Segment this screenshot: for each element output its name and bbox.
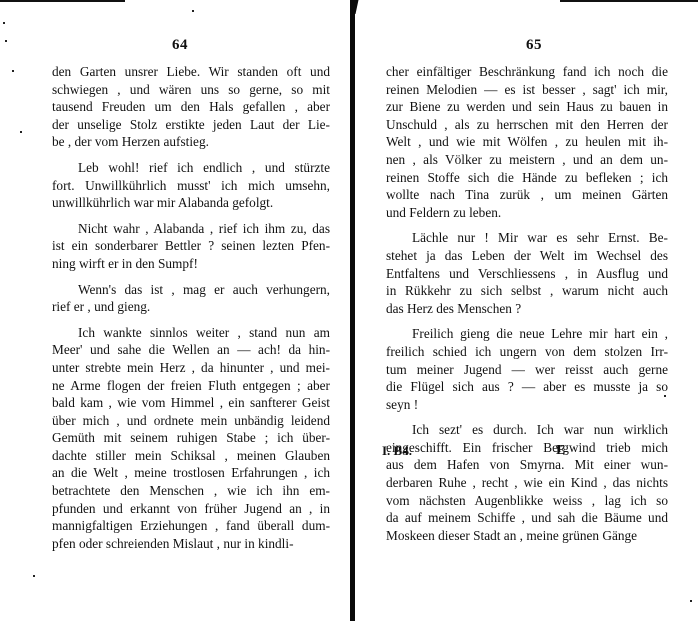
text-line: ist ein sonderbarer Bettler ? seinen lez…: [52, 237, 330, 255]
text-line: betrachtete den Menschen , wie ich ihn e…: [52, 482, 330, 500]
text-line: die Flügel sich aus ? — aber es musste j…: [386, 378, 668, 396]
text-line: Freilich gieng die neue Lehre mir hart e…: [386, 325, 668, 343]
text-line: an die Welt , meine trostlosen Erfahrung…: [52, 464, 330, 482]
text-line: rief er , und gieng.: [52, 298, 330, 316]
text-line: zur Biene zu werden und sein Haus zu bau…: [386, 98, 668, 116]
scan-speck: [33, 575, 35, 577]
text-line: schwiegen , und wären uns so gerne, so m…: [52, 81, 330, 99]
text-line: bald kam , wie vom Himmel , ein sanftere…: [52, 394, 330, 412]
text-line: Meer' und sahe die Wellen an — ach! da h…: [52, 341, 330, 359]
text-line: und Feldern zu leben.: [386, 204, 668, 222]
text-line: freilich schied ich ungern von dem stolz…: [386, 343, 668, 361]
page-number: 65: [526, 37, 542, 54]
text-line: Wenn's das ist , mag er auch verhungern,: [52, 281, 330, 299]
scan-speck: [690, 600, 692, 602]
text-line: be , der vom Herzen aufstieg.: [52, 133, 330, 151]
text-line: stehet ja das Leben der Welt im Wechsel …: [386, 247, 668, 265]
text-line: Nicht wahr , Alabanda , rief ich ihm zu,…: [52, 220, 330, 238]
paragraph: Ich sezt' es durch. Ich war nun wirklich…: [386, 421, 668, 544]
text-line: über mich , und ordnete mein unbändig le…: [52, 412, 330, 430]
paragraph: Wenn's das ist , mag er auch verhungern,…: [52, 281, 330, 316]
text-line: fort. Unwillkührlich musst' ich mich ums…: [52, 177, 330, 195]
text-line: Unschuld , als zu herrschen mit den Herr…: [386, 116, 668, 134]
text-line: tum meiner Jugend — wer reisst auch gern…: [386, 361, 668, 379]
scan-speck: [192, 10, 194, 12]
paragraph: Nicht wahr , Alabanda , rief ich ihm zu,…: [52, 220, 330, 273]
text-line: reinen Melodien — es ist besser , sagt' …: [386, 81, 668, 99]
paragraph: den Garten unsrer Liebe. Wir standen oft…: [52, 63, 330, 151]
text-line: Gemüth mit seinem ruhigen Stabe ; ich üb…: [52, 429, 330, 447]
text-line: Ich sezt' es durch. Ich war nun wirklich: [386, 421, 668, 439]
text-line: cher einfältiger Beschränkung fand ich n…: [386, 63, 668, 81]
text-line: vom nächsten Augenblikke weiss , lag ich…: [386, 492, 668, 510]
scan-speck: [5, 40, 7, 42]
text-line: wollte nach Tina zurük , um meinen Gärte…: [386, 186, 668, 204]
text-line: das Herz des Menschen ?: [386, 300, 668, 318]
text-line: unter strebte mein Herz , da hinunter , …: [52, 359, 330, 377]
page-body: cher einfältiger Beschränkung fand ich n…: [386, 63, 668, 544]
text-line: ning wirft er in den Sumpf!: [52, 255, 330, 273]
scan-speck: [20, 131, 22, 133]
text-line: da auf meinem Schiffe , und sah die Bäum…: [386, 509, 668, 527]
text-line: Leb wohl! rief ich endlich , und stürzte: [52, 159, 330, 177]
text-line: den Garten unsrer Liebe. Wir standen oft…: [52, 63, 330, 81]
page-number: 64: [172, 37, 188, 54]
text-line: dachte stiller mein Schiksal , meinen Gl…: [52, 447, 330, 465]
signature-mark: I. B4.: [382, 443, 412, 459]
paragraph: Ich wankte sinnlos weiter , stand nun am…: [52, 324, 330, 553]
text-line: Ich wankte sinnlos weiter , stand nun am: [52, 324, 330, 342]
text-line: unwillkührlich war mir Alabanda gefolgt.: [52, 194, 330, 212]
paragraph: cher einfältiger Beschränkung fand ich n…: [386, 63, 668, 221]
text-line: nen , als Völker zu meistern , und an de…: [386, 151, 668, 169]
gathering-letter: E: [556, 443, 565, 459]
scan-speck: [3, 22, 5, 24]
paragraph: Leb wohl! rief ich endlich , und stürzte…: [52, 159, 330, 212]
right-page: 65 cher einfältiger Beschränkung fand ic…: [358, 0, 698, 621]
scan-speck: [12, 70, 14, 72]
text-line: eingeschifft. Ein frischer Bergwind trie…: [386, 439, 668, 457]
book-gutter: [350, 0, 355, 621]
text-line: pfunden und erkannt von früher Jugend an…: [52, 500, 330, 518]
text-line: aus dem Hafen von Smyrna. Mit einer wun-: [386, 456, 668, 474]
text-line: pfen oder schreienden Mislaut , nur in k…: [52, 535, 330, 553]
text-line: derbaren Ruhe , recht , wie ein Kind , d…: [386, 474, 668, 492]
page-body: den Garten unsrer Liebe. Wir standen oft…: [52, 63, 330, 552]
text-line: Moskeen dieser Stadt an , meine grünen G…: [386, 527, 668, 545]
paragraph: Lächle nur ! Mir war es sehr Ernst. Be-s…: [386, 229, 668, 317]
text-line: in Rükkehr zu sich selbst , warum nicht …: [386, 282, 668, 300]
text-line: Entfaltens und Verschliessens , in Ausfl…: [386, 265, 668, 283]
text-line: tausend Freuden um den Hals gefallen , a…: [52, 98, 330, 116]
text-line: ne Arme flogen der freien Fluth entgegen…: [52, 377, 330, 395]
text-line: der unselige Stolz erstikte jeden Laut d…: [52, 116, 330, 134]
paragraph: Freilich gieng die neue Lehre mir hart e…: [386, 325, 668, 413]
text-line: seyn !: [386, 396, 668, 414]
text-line: reinen Stoffe sich die Hände zu befleken…: [386, 169, 668, 187]
left-page: 64 den Garten unsrer Liebe. Wir standen …: [0, 0, 350, 621]
text-line: Lächle nur ! Mir war es sehr Ernst. Be-: [386, 229, 668, 247]
text-line: Welt , und wie mit Wölfen , zu heulen mi…: [386, 133, 668, 151]
scan-speck: [664, 395, 666, 397]
text-line: mannigfaltigen Erziehungen , fand überal…: [52, 517, 330, 535]
